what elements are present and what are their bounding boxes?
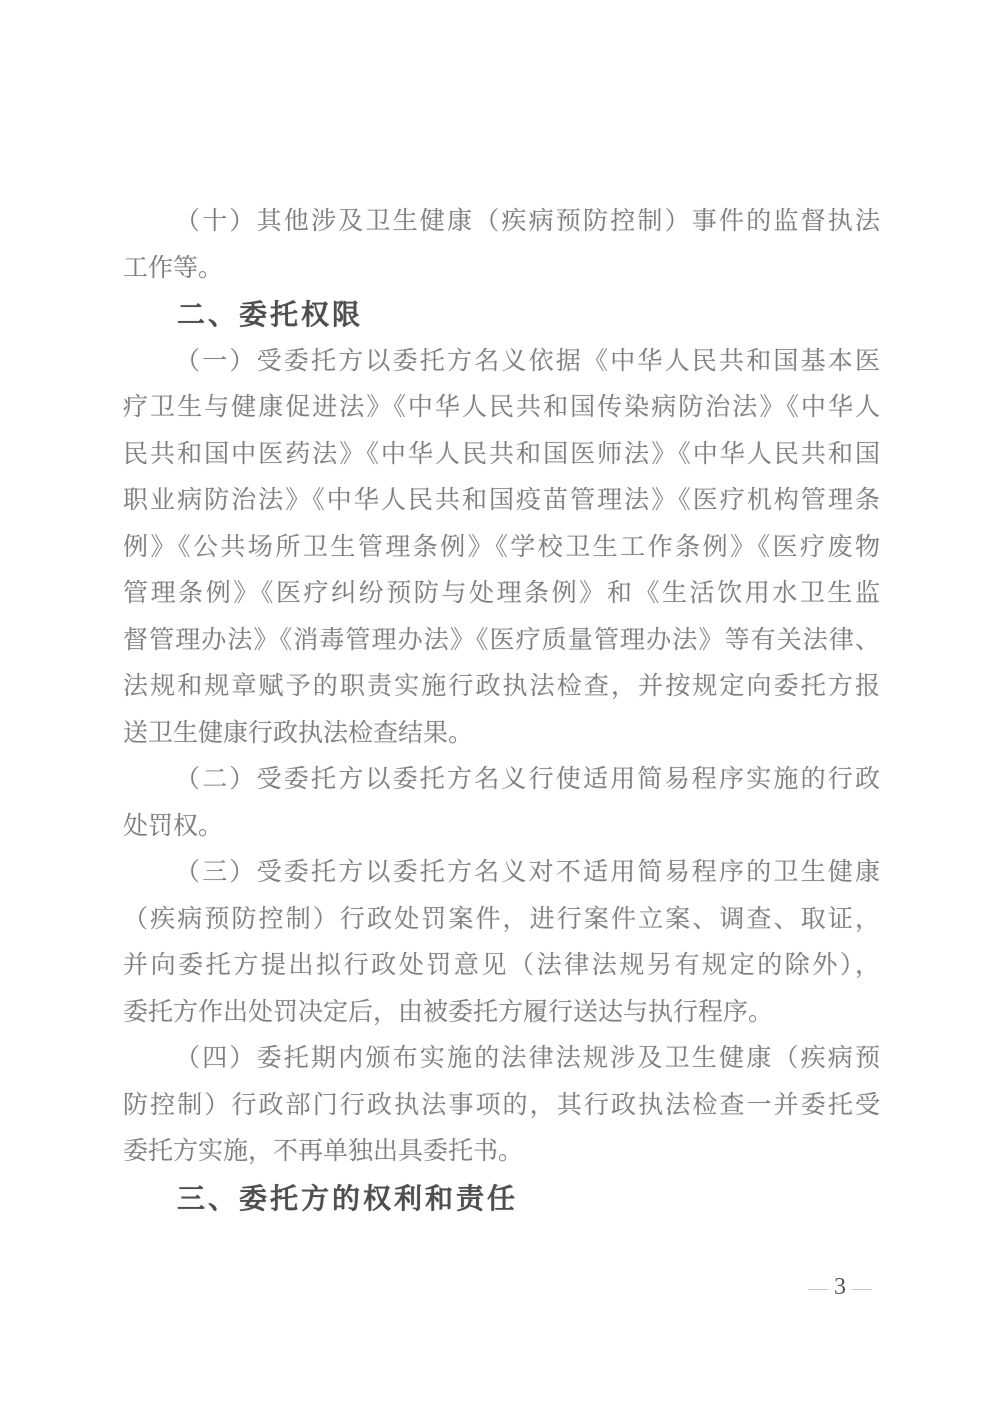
text-line: 委托方实施，不再单独出具委托书。 [123,1129,880,1176]
section-heading: 二、委托权限 [123,292,880,339]
text-line: 管理条例》《医疗纠纷预防与处理条例》和《生活饮用水卫生监 [123,571,880,618]
text-line: 督管理办法》《消毒管理办法》《医疗质量管理办法》等有关法律、 [123,618,880,665]
text-line: 送卫生健康行政执法检查结果。 [123,711,880,758]
page-number-dash-left: — [802,1277,834,1299]
text-line: （一）受委托方以委托方名义依据《中华人民共和国基本医 [123,339,880,386]
text-line: （四）委托期内颁布实施的法律法规涉及卫生健康（疾病预 [123,1036,880,1083]
document-page: （十）其他涉及卫生健康（疾病预防控制）事件的监督执法 工作等。 二、委托权限 （… [0,0,1000,1414]
page-number: —3— [802,1272,878,1303]
section-heading: 三、委托方的权利和责任 [123,1176,880,1223]
text-line: 并向委托方提出拟行政处罚意见（法律法规另有规定的除外）， [123,943,880,990]
text-line: （十）其他涉及卫生健康（疾病预防控制）事件的监督执法 [123,199,880,246]
text-line: 处罚权。 [123,804,880,851]
text-line: （三）受委托方以委托方名义对不适用简易程序的卫生健康 [123,850,880,897]
text-line: 委托方作出处罚决定后，由被委托方履行送达与执行程序。 [123,990,880,1037]
text-line: 防控制）行政部门行政执法事项的，其行政执法检查一并委托受 [123,1083,880,1130]
text-line: 工作等。 [123,246,880,293]
text-line: 法规和规章赋予的职责实施行政执法检查，并按规定向委托方报 [123,664,880,711]
text-line: 例》《公共场所卫生管理条例》《学校卫生工作条例》《医疗废物 [123,525,880,572]
text-line: 民共和国中医药法》《中华人民共和国医师法》《中华人民共和国 [123,432,880,479]
text-line: （疾病预防控制）行政处罚案件，进行案件立案、调查、取证， [123,897,880,944]
text-line: 职业病防治法》《中华人民共和国疫苗管理法》《医疗机构管理条 [123,478,880,525]
text-line: （二）受委托方以委托方名义行使适用简易程序实施的行政 [123,757,880,804]
text-line: 疗卫生与健康促进法》《中华人民共和国传染病防治法》《中华人 [123,385,880,432]
page-number-value: 3 [834,1274,846,1300]
page-number-dash-right: — [846,1277,878,1299]
document-text-block: （十）其他涉及卫生健康（疾病预防控制）事件的监督执法 工作等。 二、委托权限 （… [123,199,880,1222]
